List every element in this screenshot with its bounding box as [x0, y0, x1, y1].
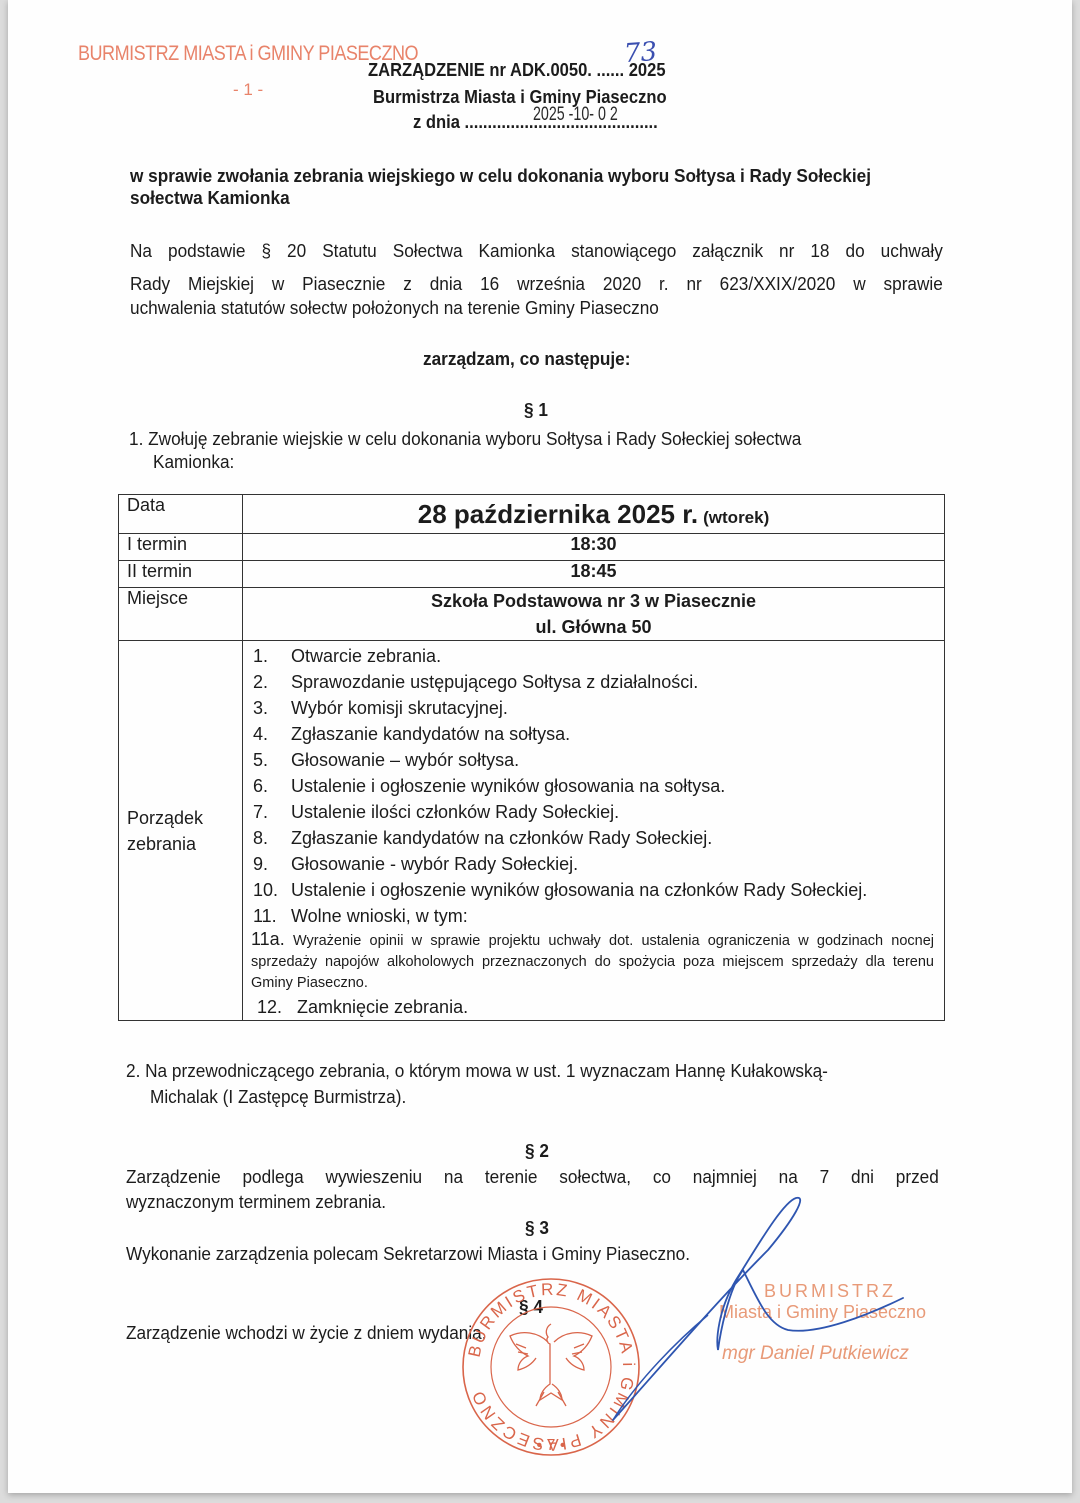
agenda-item-text: Wolne wnioski, w tym: [291, 906, 468, 926]
agenda-item-text: Głosowanie – wybór sołtysa. [291, 750, 519, 770]
term-2-label: II termin [119, 561, 243, 588]
subject-line-2: sołectwa Kamionka [130, 187, 290, 209]
agenda-item-number: 1. [253, 643, 291, 669]
agenda-item-number: 8. [253, 825, 291, 851]
place-label: Miejsce [119, 588, 243, 641]
agenda-item-text: Ustalenie i ogłoszenie wyników głosowani… [291, 880, 867, 900]
page-marker: - 1 - [233, 80, 263, 100]
section-1-heading: § 1 [524, 399, 548, 421]
agenda-item-number: 10. [253, 877, 291, 903]
place-line-2: ul. Główna 50 [251, 614, 936, 640]
agenda-item-text: Ustalenie i ogłoszenie wyników głosowani… [291, 776, 725, 796]
agenda-item: 5.Głosowanie – wybór sołtysa. [253, 747, 936, 773]
agenda-item-text: Zgłaszanie kandydatów na członków Rady S… [291, 828, 712, 848]
agenda-item-number: 2. [253, 669, 291, 695]
agenda-item-number: 4. [253, 721, 291, 747]
decree-phrase: zarządzam, co następuje: [423, 348, 630, 370]
agenda-label-line-2: zebrania [127, 831, 234, 857]
place-value: Szkoła Podstawowa nr 3 w Piasecznie ul. … [243, 588, 945, 641]
table-row-term-1: I termin 18:30 [119, 534, 945, 561]
agenda-11a-number: 11a. [251, 929, 285, 949]
agenda-item: 11.Wolne wnioski, w tym: [253, 903, 936, 929]
agenda-item-number: 3. [253, 695, 291, 721]
section-2-line-1: Zarządzenie podlega wywieszeniu na teren… [126, 1166, 939, 1188]
agenda-item-text: Ustalenie ilości członków Rady Sołeckiej… [291, 802, 619, 822]
date-value-cell: 28 października 2025 r. (wtorek) [243, 495, 945, 534]
agenda-11a-text: Wyrażenie opinii w sprawie projektu uchw… [251, 933, 934, 991]
section-1-point-2-line-1: 2. Na przewodniczącego zebrania, o który… [126, 1060, 828, 1082]
agenda-item: 2.Sprawozdanie ustępującego Sołtysa z dz… [253, 669, 936, 695]
legal-basis-line-2: Rady Miejskiej w Piasecznie z dnia 16 wr… [130, 273, 943, 295]
section-1-point-1-line-2: Kamionka: [153, 451, 234, 473]
section-2-line-2: wyznaczonym terminem zebrania. [126, 1191, 386, 1213]
agenda-item-text: Głosowanie - wybór Rady Sołeckiej. [291, 854, 578, 874]
agenda-item: 4.Zgłaszanie kandydatów na sołtysa. [253, 721, 936, 747]
date-weekday: (wtorek) [703, 508, 769, 527]
term-2-value: 18:45 [243, 561, 945, 588]
subject-line-1: w sprawie zwołania zebrania wiejskiego w… [130, 165, 871, 187]
agenda-item: 6.Ustalenie i ogłoszenie wyników głosowa… [253, 773, 936, 799]
agenda-item: 3.Wybór komisji skrutacyjnej. [253, 695, 936, 721]
meeting-details-table: Data 28 października 2025 r. (wtorek) I … [118, 494, 945, 1021]
section-4-text: Zarządzenie wchodzi w życie z dniem wyda… [126, 1322, 487, 1344]
agenda-12-text: Zamknięcie zebrania. [297, 997, 468, 1017]
document-title: ZARZĄDZENIE nr ADK.0050. ...... 2025 [368, 60, 666, 81]
legal-basis-line-3: uchwalenia statutów sołectw położonych n… [130, 297, 659, 319]
agenda-item-number: 11. [253, 903, 291, 929]
table-row-place: Miejsce Szkoła Podstawowa nr 3 w Piasecz… [119, 588, 945, 641]
agenda-item-number: 6. [253, 773, 291, 799]
agenda-item: 8.Zgłaszanie kandydatów na członków Rady… [253, 825, 936, 851]
section-3-heading: § 3 [525, 1217, 549, 1239]
agenda-item-number: 9. [253, 851, 291, 877]
agenda-item-text: Otwarcie zebrania. [291, 646, 441, 666]
table-row-term-2: II termin 18:45 [119, 561, 945, 588]
document-page: BURMISTRZ MIASTA i GMINY PIASECZNO - 1 -… [8, 0, 1072, 1493]
term-1-value: 18:30 [243, 534, 945, 561]
agenda-item-12: 12.Zamknięcie zebrania. [251, 994, 936, 1020]
agenda-item-text: Zgłaszanie kandydatów na sołtysa. [291, 724, 570, 744]
issuer: Burmistrza Miasta i Gminy Piaseczno [373, 87, 667, 108]
legal-basis-line-1: Na podstawie § 20 Statutu Sołectwa Kamio… [130, 240, 943, 262]
agenda-label-line-1: Porządek [127, 805, 234, 831]
place-line-1: Szkoła Podstawowa nr 3 w Piasecznie [251, 588, 936, 614]
section-1-point-2-line-2: Michalak (I Zastępcę Burmistrza). [150, 1086, 406, 1108]
agenda-item: 7.Ustalenie ilości członków Rady Sołecki… [253, 799, 936, 825]
agenda-12-number: 12. [257, 994, 297, 1020]
date-label-cell: Data [119, 495, 243, 534]
handwritten-signature-icon [568, 1190, 948, 1440]
agenda-item: 9.Głosowanie - wybór Rady Sołeckiej. [253, 851, 936, 877]
agenda-item-number: 7. [253, 799, 291, 825]
section-2-heading: § 2 [525, 1140, 549, 1162]
agenda-cell: 1.Otwarcie zebrania.2.Sprawozdanie ustęp… [243, 641, 945, 1021]
agenda-item-11a: 11a. Wyrażenie opinii w sprawie projektu… [251, 929, 936, 994]
agenda-item-text: Wybór komisji skrutacyjnej. [291, 698, 508, 718]
section-1-point-1-line-1: 1. Zwołuję zebranie wiejskie w celu doko… [129, 428, 801, 450]
table-row-date: Data 28 października 2025 r. (wtorek) [119, 495, 945, 534]
table-row-agenda: Porządek zebrania 1.Otwarcie zebrania.2.… [119, 641, 945, 1021]
agenda-item: 1.Otwarcie zebrania. [253, 643, 936, 669]
agenda-label: Porządek zebrania [119, 641, 243, 1021]
handwritten-date: 2025 -10- 0 2 [533, 104, 618, 126]
agenda-item: 10.Ustalenie i ogłoszenie wyników głosow… [253, 877, 936, 903]
agenda-item-text: Sprawozdanie ustępującego Sołtysa z dzia… [291, 672, 698, 692]
agenda-list: 1.Otwarcie zebrania.2.Sprawozdanie ustęp… [251, 641, 936, 929]
handwritten-number: 73 [623, 37, 658, 69]
date-value: 28 października 2025 r. [418, 499, 698, 529]
svg-text:• 7 •: • 7 • [537, 1437, 566, 1454]
term-1-label: I termin [119, 534, 243, 561]
agenda-item-number: 5. [253, 747, 291, 773]
